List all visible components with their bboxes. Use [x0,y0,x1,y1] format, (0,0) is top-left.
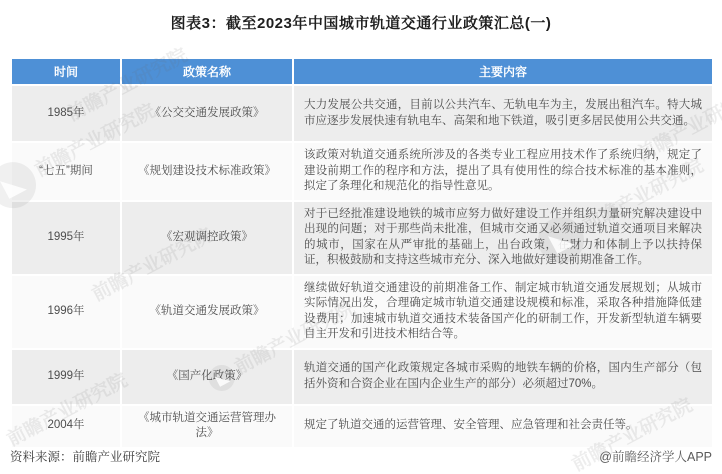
cell-policy: 《城市轨道交通运营管理办法》 [121,405,293,448]
cell-content: 规定了轨道交通的运营管理、安全管理、应急管理和社会责任等。 [293,405,713,448]
cell-policy: 《规划建设技术标准政策》 [121,142,293,201]
table-row: 1996年 《轨道交通发展政策》 继续做好轨道交通建设的前期准备工作、制定城市轨… [11,275,713,349]
cell-time: 1999年 [11,349,121,405]
footer-credit: @前瞻经济学人APP [599,447,712,465]
table-row: 1995年 《宏观调控政策》 对于已经批准建设地铁的城市应努力做好建设工作并组织… [11,201,713,275]
cell-policy: 《轨道交通发展政策》 [121,275,293,349]
cell-content: 继续做好轨道交通建设的前期准备工作、制定城市轨道交通发展规划；从城市实际情况出发… [293,275,713,349]
cell-time: 2004年 [11,405,121,448]
header-cell-content: 主要内容 [293,58,713,85]
table-row: 1999年 《国产化政策》 轨道交通的国产化政策规定各城市采购的地铁车辆的价格，… [11,349,713,405]
table-row: “七五”期间 《规划建设技术标准政策》 该政策对轨道交通系统所涉及的各类专业工程… [11,142,713,201]
page: { "title": "图表3：截至2023年中国城市轨道交通行业政策汇总(一)… [0,0,722,474]
page-title: 图表3：截至2023年中国城市轨道交通行业政策汇总(一) [0,12,722,33]
cell-policy: 《国产化政策》 [121,349,293,405]
footer-source: 资料来源：前瞻产业研究院 [10,447,160,465]
cell-policy: 《公交交通发展政策》 [121,85,293,142]
cell-time: 1995年 [11,201,121,275]
cell-content: 大力发展公共交通，目前以公共汽车、无轨电车为主，发展出租汽车。特大城市应逐步发展… [293,85,713,142]
cell-policy: 《宏观调控政策》 [121,201,293,275]
header-cell-time: 时间 [11,58,121,85]
cell-content: 该政策对轨道交通系统所涉及的各类专业工程应用技术作了系统归纳，规定了建设前期工作… [293,142,713,201]
cell-content: 对于已经批准建设地铁的城市应努力做好建设工作并组织力量研究解决建设中出现的问题；… [293,201,713,275]
cell-time: 1996年 [11,275,121,349]
cell-content: 轨道交通的国产化政策规定各城市采购的地铁车辆的价格，国内生产部分（包括外资和合资… [293,349,713,405]
cell-time: “七五”期间 [11,142,121,201]
table-row: 1985年 《公交交通发展政策》 大力发展公共交通，目前以公共汽车、无轨电车为主… [11,85,713,142]
header-cell-policy: 政策名称 [121,58,293,85]
table-row: 2004年 《城市轨道交通运营管理办法》 规定了轨道交通的运营管理、安全管理、应… [11,405,713,448]
footer: 资料来源：前瞻产业研究院 @前瞻经济学人APP [10,447,712,465]
cell-time: 1985年 [11,85,121,142]
policy-table: 时间 政策名称 主要内容 1985年 《公交交通发展政策》 大力发展公共交通，目… [10,57,714,449]
table-header-row: 时间 政策名称 主要内容 [11,58,713,85]
